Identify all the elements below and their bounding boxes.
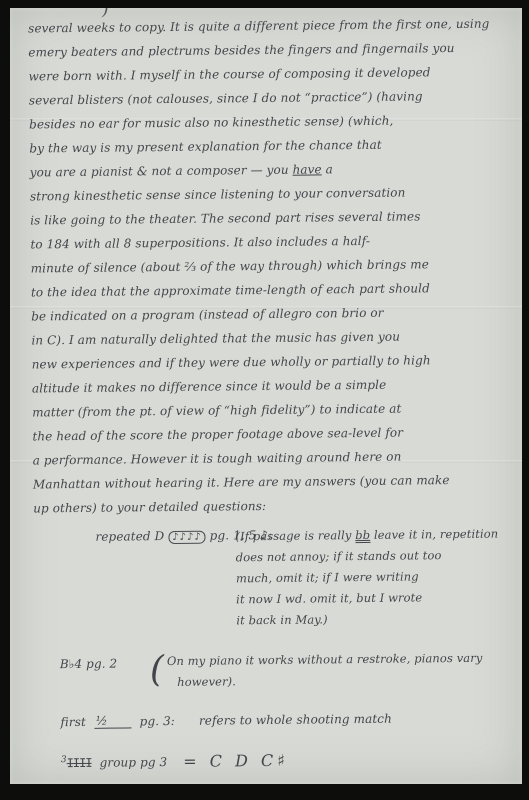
letter-line: emery beaters and plectrums besides the … [28,35,506,64]
tally-figure: 3IIII [61,755,92,770]
note-line: does not annoy; if it stands out too [236,545,499,569]
fraction: ½ [94,714,110,729]
note-line: it back in May.) [236,608,499,632]
answer-first-half: first ½ pg. 3: refers to whole shooting … [60,709,513,729]
letter-line: up others) to your detailed questions: [33,491,511,520]
letter-paper: ) several weeks to copy. It is quite a d… [10,8,522,784]
half-note-figure: ½ [94,713,132,728]
note-line: however). [177,669,483,693]
answer-label-text: pg. 3: [140,713,175,727]
equals-notes: = C D C♯ [183,751,289,771]
note-segment: (If passage is really [235,528,355,543]
handwritten-text: ) several weeks to copy. It is quite a d… [10,8,522,784]
cut-off-line-fragment: ) [102,8,109,20]
note-segment: leave it in, repetition [370,527,498,542]
note-line: (If passage is really bb leave it in, re… [235,524,498,548]
figure-tail-line [110,717,132,728]
equals-sign: = [183,752,201,771]
answer-label-text: group pg 3 [99,755,167,770]
tally-strokes: IIII [67,756,92,770]
note-names: C D C♯ [210,751,289,771]
answer-note: (If passage is really bb leave it in, re… [235,524,499,632]
detail-answers-section: repeated D ♪♪♪♪ pg. 1, 5 ♪: (If passage … [33,523,514,772]
note-line: On my piano it works without a restroke,… [167,648,483,672]
answer-note: On my piano it works without a restroke,… [167,644,483,693]
answer-group: 3IIII group pg 3 = C D C♯ [61,748,514,772]
answer-label-text: repeated D [95,529,168,544]
letter-line-segment: you are a pianist & not a composer — you [30,163,293,180]
underlined-word: have [292,162,321,176]
letter-line: Manhattan without hearing it. Here are m… [33,467,511,496]
scanned-letter-photo: { "scan": { "background_color": "#0d0d0b… [0,0,529,800]
answer-label: repeated D ♪♪♪♪ pg. 1, 5 ♪: [95,526,236,632]
note-line: it now I wd. omit it, but I wrote [236,587,499,611]
big-parenthesis: ( [150,647,165,693]
answer-b-flat: B♭4 pg. 2 ( On my piano it works without… [60,643,513,694]
answer-text: refers to whole shooting match [199,711,392,727]
underlined-word: bb [355,528,370,543]
note-line: much, omit it; if I were writing [236,566,499,590]
letter-line-segment: a [322,162,333,176]
answer-label-text: first [60,714,86,728]
answer-label: B♭4 pg. 2 [60,647,150,671]
answer-repeated-d: repeated D ♪♪♪♪ pg. 1, 5 ♪: (If passage … [95,523,512,632]
repeated-note-figure: ♪♪♪♪ [168,531,206,544]
